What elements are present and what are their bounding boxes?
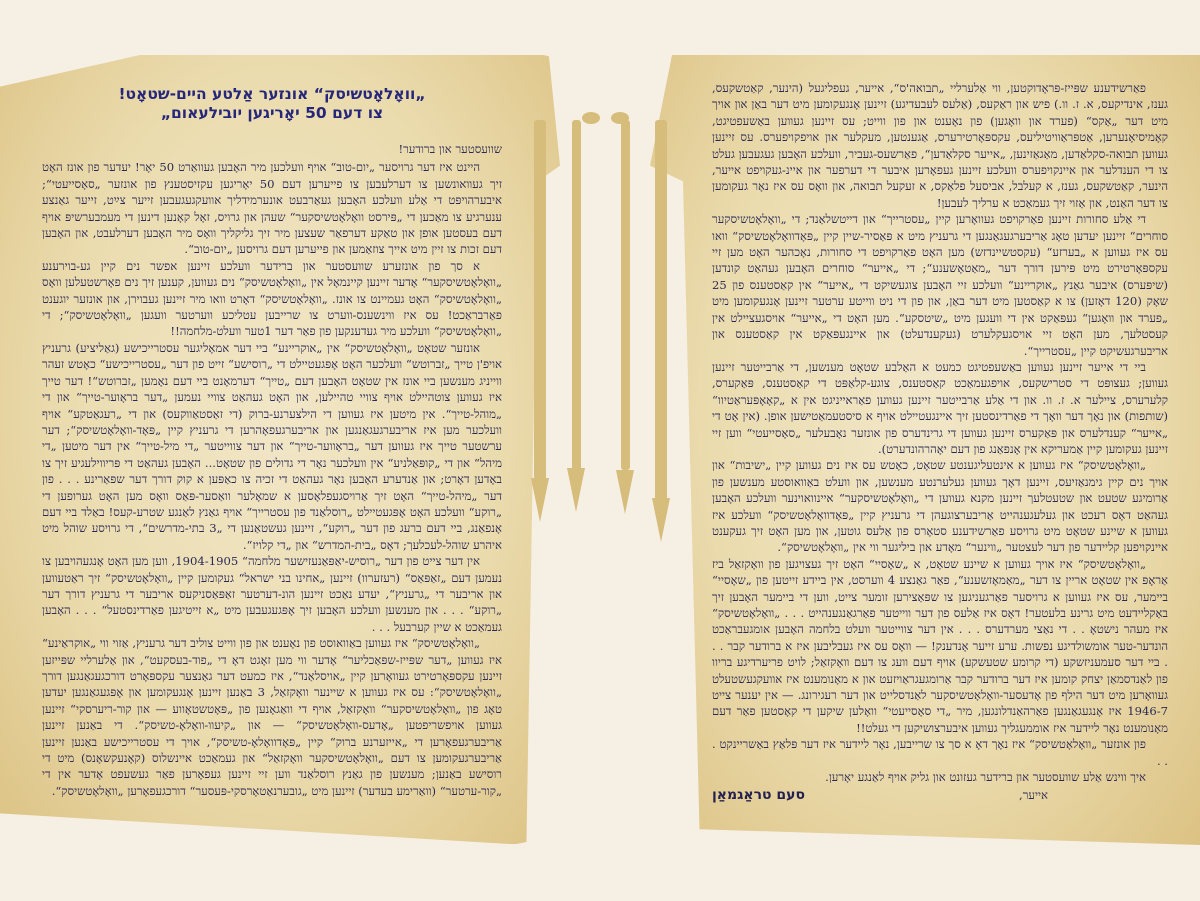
closing: אייער, [1019, 787, 1168, 803]
right-page: פאַרשידענע שפּייז-פּראָדוקטען, ווי אַלער… [712, 80, 1168, 804]
left-scroll-rod-inner [572, 120, 581, 470]
page-title: „וואָלאָטשיסק“ אונזער אַלטע היים-שטאָט! … [42, 85, 502, 123]
signature-block: אייער, סעם טראַגמאַן [712, 787, 1168, 803]
left-scroll-rod-outer [534, 120, 546, 480]
salutation: שוועסטער און ברודער! [42, 141, 502, 157]
left-tassel-outer-icon [531, 478, 549, 522]
right-tassel-outer-icon [652, 498, 670, 542]
paragraph: די אַלע סחורות זיינען פאַרקויפט געוואָרע… [712, 211, 1168, 359]
paragraph: היינט איז דער גרויסער „יום-טוב“ אויף ווע… [42, 159, 502, 257]
paragraph: פאַרשידענע שפּייז-פּראָדוקטען, ווי אַלער… [712, 80, 1168, 211]
paragraph: ביי די אייער זיינען געווען באַשעפטיגט כמ… [712, 359, 1168, 457]
paragraph: אין דער צייט פון דער „רוסיש-יאַפּאַנעזיש… [42, 553, 502, 635]
right-scroll-rod-inner [621, 120, 630, 470]
paragraph: א סך פון אונזערע שוועסטער און ברידער ווע… [42, 258, 502, 340]
title-line-2: צו דעם 50 יאָריגען יובילעאום„ [42, 104, 502, 123]
paragraph: „וואָלאָטשיסק“ איז געווען באַוואוסט פון … [42, 635, 502, 799]
left-tassel-inner-icon [567, 468, 585, 512]
right-rod-knob-icon [611, 112, 629, 124]
paragraph: „וואָלאָטשיסק“ איז געווען א אינטעליגענטע… [712, 457, 1168, 555]
right-scroll-rod-outer [655, 120, 667, 500]
left-page: „וואָלאָטשיסק“ אונזער אַלטע היים-שטאָט! … [42, 85, 502, 799]
left-rod-knob-icon [582, 112, 600, 124]
paragraph: פון אונזער „וואָלאָטשיסק“ איז נאָך דאָ א… [712, 736, 1168, 769]
signature-name: סעם טראַגמאַן [712, 787, 805, 803]
paragraph: איך ווינש אַלע שוועסטער און ברידער געזונ… [712, 769, 1168, 785]
paragraph: „וואָלאָטשיסק“ איז אויך געווען א שיינע ש… [712, 556, 1168, 736]
paragraph: אונזער שטאָט „וואָלאָטשיסק“ אין „אוקריינ… [42, 340, 502, 553]
right-tassel-inner-icon [616, 470, 634, 514]
title-line-1: „וואָלאָטשיסק“ אונזער אַלטע היים-שטאָט! [42, 85, 502, 104]
